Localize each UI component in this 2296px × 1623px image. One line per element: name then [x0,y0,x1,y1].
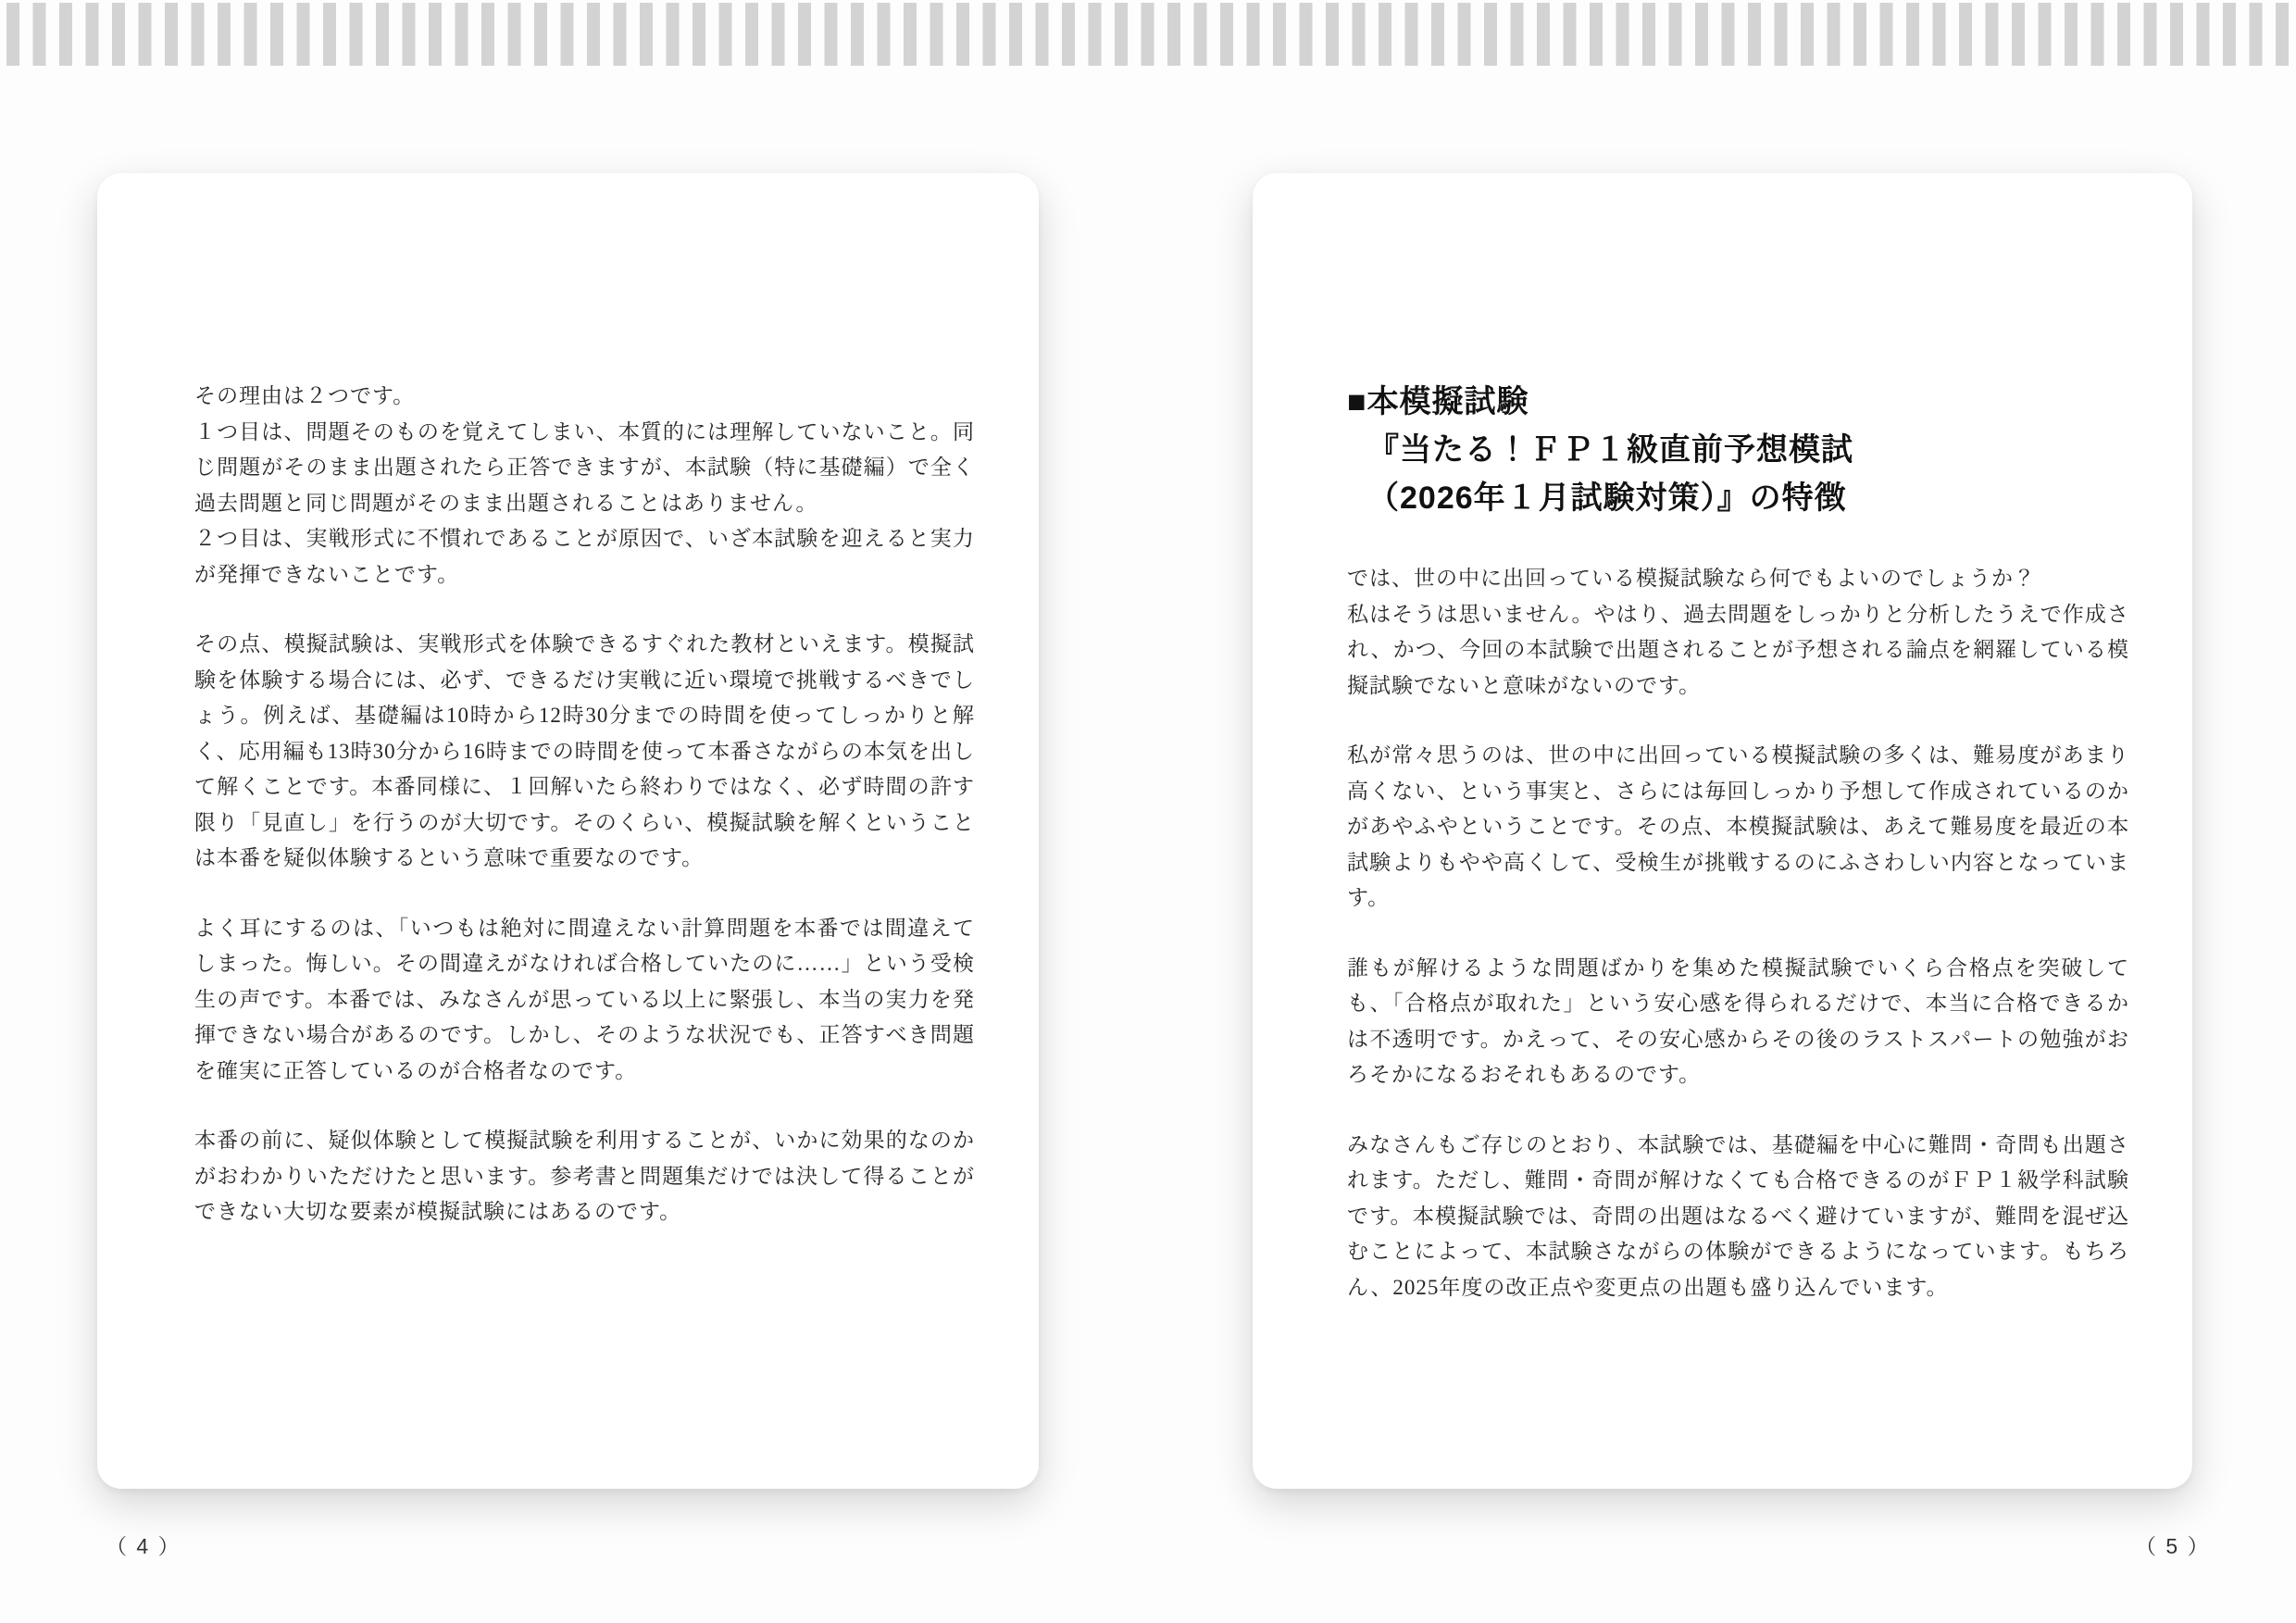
right-page-text: では、世の中に出回っている模擬試験なら何でもよいのでしょうか？私はそうは思いませ… [1347,561,2129,1305]
text-line: ２つ目は、実戦形式に不慣れであることが原因で、いざ本試験を迎えると実力が発揮でき… [194,527,975,586]
paragraph: よく耳にするのは、「いつもは絶対に間違えない計算問題を本番では間違えてしまった。… [194,911,975,1090]
heading-line-1: ■本模擬試験 [1347,378,2129,426]
heading-line-2: 『当たる！ＦＰ１級直前予想模試 [1347,426,2129,474]
text-line: 私が常々思うのは、世の中に出回っている模擬試験の多くは、難易度があまり高くない、… [1347,743,2129,909]
text-line: 本番の前に、疑似体験として模擬試験を利用することが、いかに効果的なのかがおわかり… [194,1129,975,1223]
paragraph: みなさんもご存じのとおり、本試験では、基礎編を中心に難問・奇問も出題されます。た… [1347,1128,2129,1306]
page-number-left: （ 4 ） [106,1529,181,1560]
text-line: その理由は２つです。 [194,384,415,407]
left-page-text: その理由は２つです。１つ目は、問題そのものを覚えてしまい、本質的には理解していな… [194,379,975,1230]
text-line: では、世の中に出回っている模擬試験なら何でもよいのでしょうか？ [1347,567,2036,590]
section-heading: ■本模擬試験 『当たる！ＦＰ１級直前予想模試 （2026年１月試験対策）』の特徴 [1347,378,2129,522]
header-stripe-pattern [0,3,2296,66]
text-line: よく耳にするのは、「いつもは絶対に間違えない計算問題を本番では間違えてしまった。… [194,917,975,1082]
paragraph: 本番の前に、疑似体験として模擬試験を利用することが、いかに効果的なのかがおわかり… [194,1123,975,1230]
heading-line-3: （2026年１月試験対策）』の特徴 [1347,474,2129,522]
paragraph: その点、模擬試験は、実戦形式を体験できるすぐれた教材といえます。模擬試験を体験す… [194,627,975,877]
right-page-content: ■本模擬試験 『当たる！ＦＰ１級直前予想模試 （2026年１月試験対策）』の特徴… [1347,378,2129,1305]
text-line: みなさんもご存じのとおり、本試験では、基礎編を中心に難問・奇問も出題されます。た… [1347,1133,2129,1299]
text-line: １つ目は、問題そのものを覚えてしまい、本質的には理解していないこと。同じ問題がそ… [194,420,975,515]
left-page: その理由は２つです。１つ目は、問題そのものを覚えてしまい、本質的には理解していな… [97,173,1039,1489]
text-line: 私はそうは思いません。やはり、過去問題をしっかりと分析したうえで作成され、かつ、… [1347,603,2129,697]
paragraph: では、世の中に出回っている模擬試験なら何でもよいのでしょうか？私はそうは思いませ… [1347,561,2129,704]
text-line: その点、模擬試験は、実戦形式を体験できるすぐれた教材といえます。模擬試験を体験す… [194,632,975,869]
right-page: ■本模擬試験 『当たる！ＦＰ１級直前予想模試 （2026年１月試験対策）』の特徴… [1253,173,2192,1489]
paragraph: その理由は２つです。１つ目は、問題そのものを覚えてしまい、本質的には理解していな… [194,379,975,593]
paragraph: 誰もが解けるような問題ばかりを集めた模擬試験でいくら合格点を突破しても、「合格点… [1347,951,2129,1093]
page-number-right: （ 5 ） [2135,1529,2211,1560]
text-line: 誰もが解けるような問題ばかりを集めた模擬試験でいくら合格点を突破しても、「合格点… [1347,956,2129,1087]
book-spread: その理由は２つです。１つ目は、問題そのものを覚えてしまい、本質的には理解していな… [0,0,2296,1623]
paragraph: 私が常々思うのは、世の中に出回っている模擬試験の多くは、難易度があまり高くない、… [1347,738,2129,917]
